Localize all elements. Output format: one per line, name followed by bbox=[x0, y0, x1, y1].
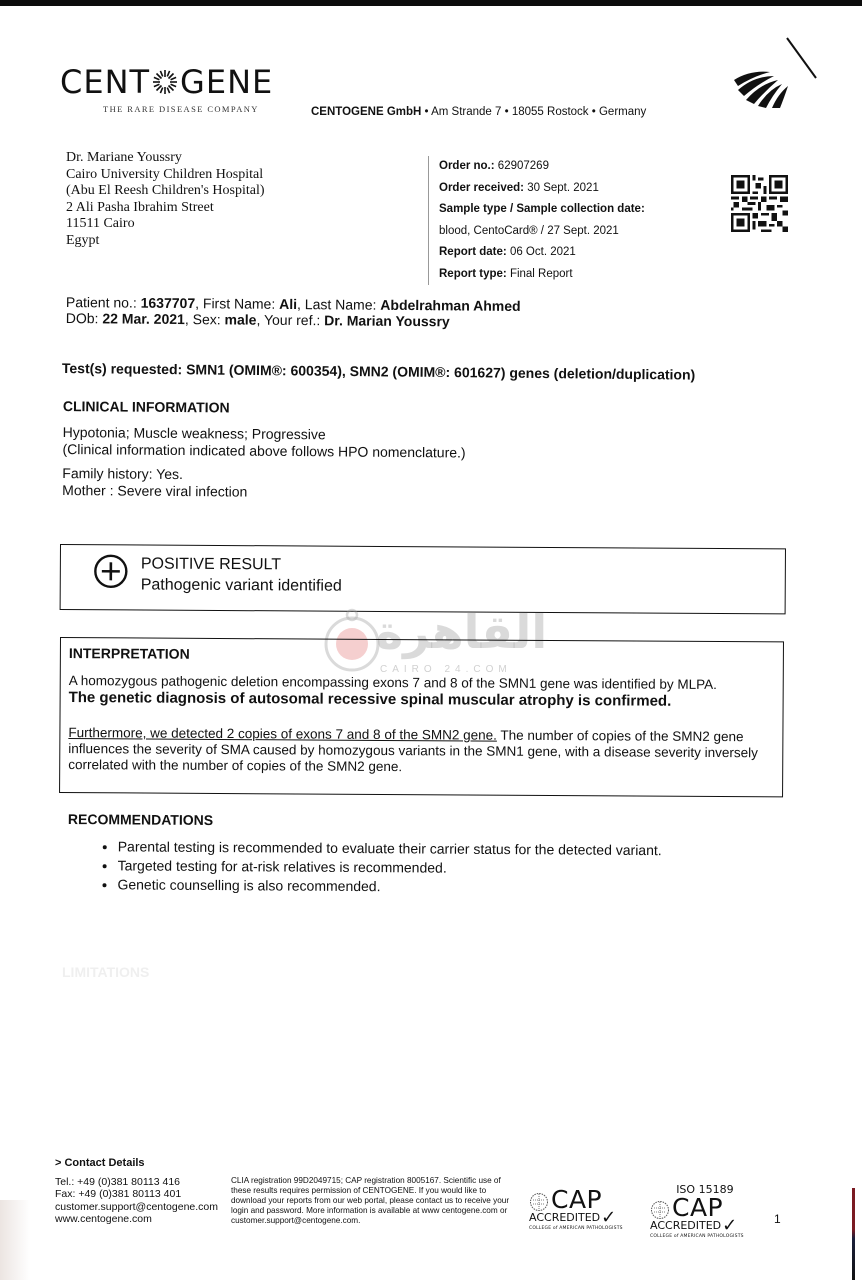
report-type-label: Report type: bbox=[439, 268, 507, 280]
paper-shadow bbox=[0, 1200, 30, 1280]
order-info: Order no.: 62907269 Order received: 30 S… bbox=[428, 156, 645, 285]
recommendations-title: RECOMMENDATIONS bbox=[68, 811, 662, 831]
iso-cap-accredited-badge: ISO 15189 CAP ACCREDITED✓ COLLEGE of AME… bbox=[650, 1183, 744, 1239]
page-right-edge bbox=[852, 1188, 855, 1280]
contact-fax: Fax: +49 (0)381 80113 401 bbox=[55, 1188, 218, 1201]
order-number-value: 62907269 bbox=[498, 160, 549, 172]
sample-type-label: Sample type / Sample collection date: bbox=[439, 199, 645, 221]
clinical-information: CLINICAL INFORMATION Hypotonia; Muscle w… bbox=[62, 398, 466, 503]
interpretation-title: INTERPRETATION bbox=[69, 645, 190, 662]
page-number: 1 bbox=[774, 1212, 781, 1226]
clinical-title: CLINICAL INFORMATION bbox=[63, 398, 466, 419]
sun-icon bbox=[151, 68, 179, 96]
sex-label: , Sex: bbox=[185, 311, 221, 327]
accredited-text: ACCREDITED bbox=[650, 1220, 721, 1232]
dob-label: DOb: bbox=[66, 310, 99, 326]
cap-accredited-badge: CAP ACCREDITED✓ COLLEGE of AMERICAN PATH… bbox=[529, 1188, 623, 1231]
tests-requested: Test(s) requested: SMN1 (OMIM®: 600354),… bbox=[62, 360, 696, 383]
cap-text: CAP bbox=[672, 1196, 723, 1220]
addressee-line: 11511 Cairo bbox=[66, 216, 265, 233]
checkmark-icon: ✓ bbox=[601, 1212, 616, 1224]
addressee-line: 2 Ali Pasha Ibrahim Street bbox=[66, 200, 265, 217]
ghost-title: LIMITATIONS bbox=[62, 965, 782, 980]
company-address: CENTOGENE GmbH • Am Strande 7 • 18055 Ro… bbox=[311, 106, 646, 118]
ref-value: Dr. Marian Youssry bbox=[324, 312, 450, 329]
order-number: Order no.: 62907269 bbox=[439, 156, 645, 178]
addressee-block: Dr. Mariane Youssry Cairo University Chi… bbox=[66, 150, 265, 249]
report-type-value: Final Report bbox=[510, 268, 573, 280]
qr-code-icon bbox=[731, 175, 788, 232]
addressee-line: Egypt bbox=[66, 233, 265, 250]
addressee-line: Cairo University Children Hospital bbox=[66, 167, 265, 184]
order-received: Order received: 30 Sept. 2021 bbox=[439, 178, 645, 200]
cap-college: COLLEGE of AMERICAN PATHOLOGISTS bbox=[529, 1226, 623, 1231]
contact-tel: Tel.: +49 (0)381 80113 416 bbox=[55, 1176, 218, 1189]
dob-value: 22 Mar. 2021 bbox=[102, 310, 185, 327]
addressee-line: Dr. Mariane Youssry bbox=[66, 150, 265, 167]
centogene-rays-icon bbox=[732, 36, 822, 108]
last-name-label: , Last Name: bbox=[297, 296, 377, 313]
logo-text-left: CENT bbox=[60, 64, 150, 100]
cap-college: COLLEGE of AMERICAN PATHOLOGISTS bbox=[650, 1234, 744, 1239]
contact-website[interactable]: www.centogene.com bbox=[55, 1213, 218, 1226]
order-received-value: 30 Sept. 2021 bbox=[527, 182, 599, 194]
globe-icon bbox=[650, 1200, 670, 1220]
order-number-label: Order no.: bbox=[439, 160, 495, 172]
company-street: • Am Strande 7 • 18055 Rostock • Germany bbox=[421, 106, 646, 118]
contact-title: > Contact Details bbox=[55, 1157, 218, 1170]
interpretation-finding: A homozygous pathogenic deletion encompa… bbox=[69, 672, 779, 710]
logo-tagline: THE RARE DISEASE COMPANY bbox=[103, 104, 259, 114]
recommendations-list: Parental testing is recommended to evalu… bbox=[67, 837, 661, 898]
sex-value: male bbox=[224, 311, 256, 327]
company-name: CENTOGENE GmbH bbox=[311, 106, 421, 118]
legal-notice: CLIA registration 99D2049715; CAP regist… bbox=[231, 1176, 523, 1226]
order-received-label: Order received: bbox=[439, 182, 524, 194]
report-date: Report date: 06 Oct. 2021 bbox=[439, 242, 645, 264]
recommendations: RECOMMENDATIONS Parental testing is reco… bbox=[67, 811, 662, 898]
globe-icon bbox=[529, 1192, 549, 1212]
sample-type-value: blood, CentoCard® / 27 Sept. 2021 bbox=[439, 221, 645, 243]
report-date-label: Report date: bbox=[439, 246, 507, 258]
first-name-label: , First Name: bbox=[195, 295, 275, 312]
result-box: POSITIVE RESULT Pathogenic variant ident… bbox=[60, 544, 786, 614]
page-top-edge bbox=[0, 0, 862, 6]
interpretation-box: INTERPRETATION A homozygous pathogenic d… bbox=[59, 637, 784, 797]
clinical-note: (Clinical information indicated above fo… bbox=[62, 441, 465, 462]
patient-no-value: 1637707 bbox=[141, 295, 196, 311]
mother-history: Mother : Severe viral infection bbox=[62, 482, 465, 503]
logo-text-right: GENE bbox=[180, 64, 273, 100]
patient-info: Patient no.: 1637707, First Name: Ali, L… bbox=[66, 294, 521, 330]
recommendation-item: Genetic counselling is also recommended. bbox=[117, 875, 661, 898]
accredited-text: ACCREDITED bbox=[529, 1212, 600, 1224]
interpretation-smn2: Furthermore, we detected 2 copies of exo… bbox=[68, 725, 778, 777]
contact-email[interactable]: customer.support@centogene.com bbox=[55, 1201, 218, 1214]
cap-text: CAP bbox=[551, 1188, 602, 1212]
patient-no-label: Patient no.: bbox=[66, 294, 137, 311]
report-type: Report type: Final Report bbox=[439, 264, 645, 286]
result-subtitle: Pathogenic variant identified bbox=[141, 574, 342, 596]
result-title: POSITIVE RESULT bbox=[141, 553, 342, 575]
checkmark-icon: ✓ bbox=[722, 1220, 737, 1232]
smn2-copies-statement: Furthermore, we detected 2 copies of exo… bbox=[68, 725, 497, 743]
first-name-value: Ali bbox=[279, 296, 297, 312]
addressee-line: (Abu El Reesh Children's Hospital) bbox=[66, 183, 265, 200]
report-date-value: 06 Oct. 2021 bbox=[510, 246, 576, 258]
last-name-value: Abdelrahman Ahmed bbox=[380, 297, 520, 314]
ref-label: , Your ref.: bbox=[256, 312, 320, 329]
contact-details: > Contact Details Tel.: +49 (0)381 80113… bbox=[55, 1157, 218, 1226]
plus-circle-icon bbox=[93, 553, 129, 589]
bleed-through-text: LIMITATIONS bbox=[62, 965, 782, 990]
centogene-logo: CENT GENE THE RARE DISEASE COMPANY bbox=[60, 64, 273, 100]
